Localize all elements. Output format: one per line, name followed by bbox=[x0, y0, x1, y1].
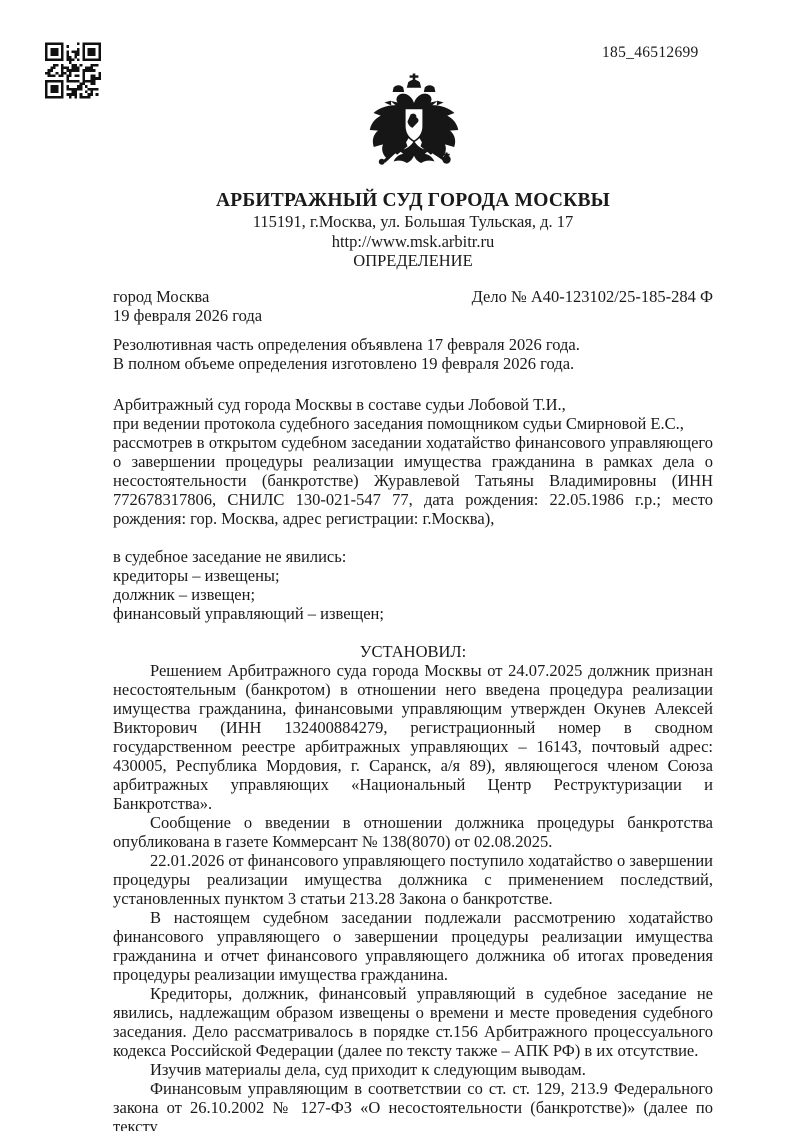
case-date: 19 февраля 2026 года bbox=[113, 306, 713, 325]
body-paragraph: В настоящем судебном заседании подлежали… bbox=[113, 908, 713, 984]
document-id: 185_46512699 bbox=[602, 44, 699, 62]
attendance-item: кредиторы – извещены; bbox=[113, 566, 713, 585]
body-paragraph: Сообщение о введении в отношении должник… bbox=[113, 813, 713, 851]
document-body: АРБИТРАЖНЫЙ СУД ГОРОДА МОСКВЫ 115191, г.… bbox=[113, 190, 713, 1131]
body-paragraph: Решением Арбитражного суда города Москвы… bbox=[113, 661, 713, 813]
full-text-made-line: В полном объеме определения изготовлено … bbox=[113, 354, 713, 373]
resolution-announced-line: Резолютивная часть определения объявлена… bbox=[113, 335, 713, 354]
body-paragraph: Кредиторы, должник, финансовый управляющ… bbox=[113, 984, 713, 1060]
case-subject-paragraph: рассмотрев в открытом судебном заседании… bbox=[113, 433, 713, 528]
case-info-row: город Москва Дело № А40-123102/25-185-28… bbox=[113, 287, 713, 306]
attendance-item: финансовый управляющий – извещен; bbox=[113, 604, 713, 623]
intro-block: Арбитражный суд города Москвы в составе … bbox=[113, 395, 713, 528]
body-paragraph: Изучив материалы дела, суд приходит к сл… bbox=[113, 1060, 713, 1079]
body-paragraph: Финансовым управляющим в соответствии со… bbox=[113, 1079, 713, 1131]
court-name: АРБИТРАЖНЫЙ СУД ГОРОДА МОСКВЫ bbox=[113, 190, 713, 212]
court-website: http://www.msk.arbitr.ru bbox=[113, 232, 713, 252]
body-paragraph: 22.01.2026 от финансового управляющего п… bbox=[113, 851, 713, 908]
attendance-item: должник – извещен; bbox=[113, 585, 713, 604]
clerk-line: при ведении протокола судебного заседани… bbox=[113, 414, 713, 433]
case-city: город Москва bbox=[113, 287, 209, 306]
case-number: Дело № А40-123102/25-185-284 Ф bbox=[472, 287, 713, 306]
document-page: 185_46512699 bbox=[0, 0, 800, 1131]
judge-line: Арбитражный суд города Москвы в составе … bbox=[113, 395, 713, 414]
court-address: 115191, г.Москва, ул. Большая Тульская, … bbox=[113, 212, 713, 232]
qr-code-icon bbox=[45, 42, 101, 99]
attendance-block: в судебное заседание не явились: кредито… bbox=[113, 547, 713, 623]
resolution-block: Резолютивная часть определения объявлена… bbox=[113, 335, 713, 373]
document-type-heading: ОПРЕДЕЛЕНИЕ bbox=[113, 251, 713, 271]
attendance-heading: в судебное заседание не явились: bbox=[113, 547, 713, 566]
established-heading: УСТАНОВИЛ: bbox=[113, 642, 713, 661]
coat-of-arms-icon bbox=[368, 72, 460, 174]
